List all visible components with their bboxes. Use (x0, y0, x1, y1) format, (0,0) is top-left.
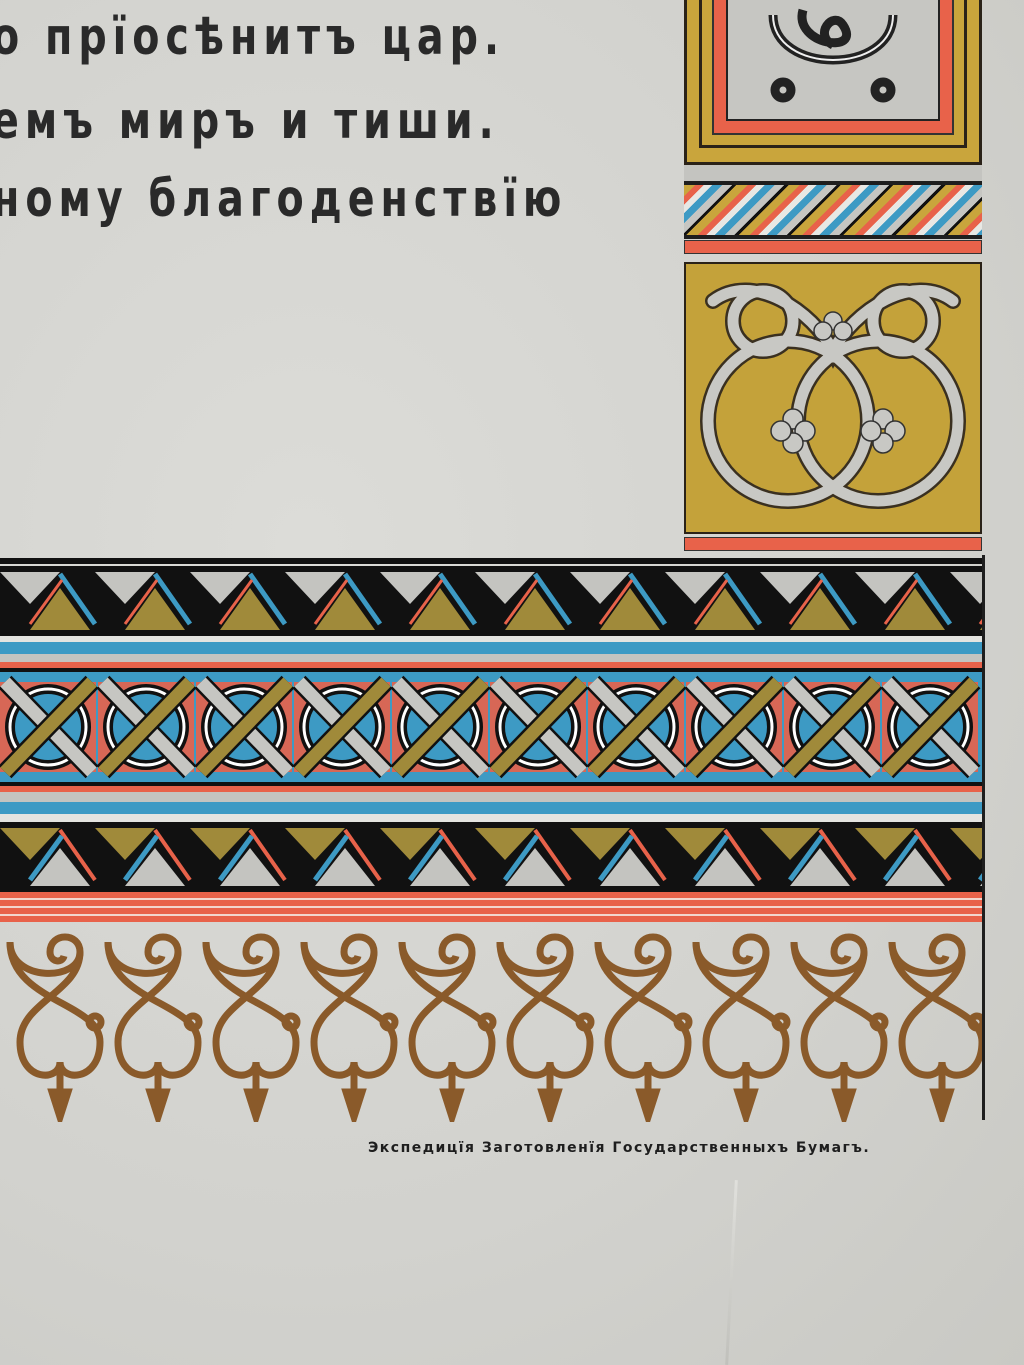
red-stripe-band (0, 892, 982, 922)
rule-top (0, 558, 982, 564)
white-stripe (0, 814, 982, 822)
knot-panel (684, 262, 982, 534)
triangle-band-bottom (0, 822, 982, 892)
interlace-knot-icon (693, 271, 973, 526)
triangle-band-top (0, 566, 982, 636)
blue-stripe-bottom (0, 802, 982, 814)
chain-band (0, 672, 982, 782)
blue-stripe-top (0, 642, 982, 654)
silver-stripe (0, 654, 982, 662)
filigree-border (0, 922, 982, 1122)
monogram-icon (726, 0, 940, 121)
corner-initial-frame (684, 0, 982, 165)
red-band-lower (684, 537, 982, 551)
printer-imprint: Экспедицїя Заготовленїя Государственныхъ… (368, 1140, 870, 1156)
text-line-1: о прїосѣнитъ цар. (0, 8, 505, 67)
grey-band (684, 165, 982, 185)
text-line-2: емъ миръ и тиши. (0, 92, 500, 151)
frame-right-rule (982, 555, 985, 1120)
silver-stripe (0, 792, 982, 802)
braid-band (684, 185, 982, 239)
red-band-upper (684, 240, 982, 254)
text-line-3: ному благоденствїю (0, 170, 567, 229)
